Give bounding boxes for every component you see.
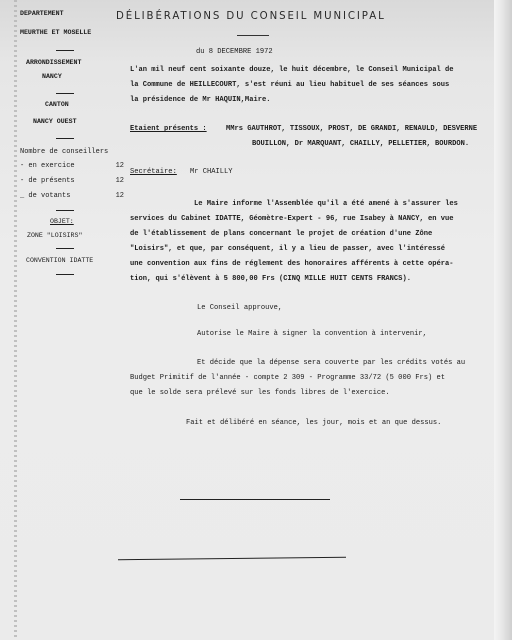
para1-line: de l'établissement de plans concernant l…: [130, 230, 432, 238]
title-rule: [237, 35, 269, 36]
page-edge-shadow: [494, 0, 512, 640]
department-value: MEURTHE ET MOSELLE: [20, 29, 91, 36]
para1-line: Le Maire informe l'Assemblée qu'il a été…: [194, 200, 458, 208]
divider: [56, 138, 74, 139]
count-value: 12: [116, 162, 124, 170]
para1-line: "Loisirs", et que, par conséquent, il y …: [130, 245, 445, 253]
count-label: _ de votants: [20, 192, 70, 200]
meeting-date: du 8 DECEMBRE 1972: [196, 48, 273, 56]
objet-value: ZONE "LOISIRS": [27, 232, 82, 239]
para1-line: une convention aux fins de réglement des…: [130, 260, 454, 268]
intro-line: L'an mil neuf cent soixante douze, le hu…: [130, 66, 454, 74]
page-title: DÉLIBÉRATIONS DU CONSEIL MUNICIPAL: [116, 11, 386, 22]
present-line: MMrs GAUTHROT, TISSOUX, PROST, DE GRANDI…: [226, 125, 477, 133]
department-label: DEPARTEMENT: [20, 10, 64, 17]
count-value: 12: [116, 177, 124, 185]
para1-line: services du Cabinet IDATTE, Géomètre-Exp…: [130, 215, 454, 223]
arrondissement-label: ARRONDISSEMENT: [26, 59, 81, 66]
authorize-text: Autorise le Maire à signer la convention…: [197, 330, 427, 338]
decide-line: Budget Primitif de l'année - compte 2 30…: [130, 374, 445, 382]
signature-line: [180, 499, 330, 500]
decide-line: que le solde sera prélevé sur les fonds …: [130, 389, 390, 397]
divider: [56, 274, 74, 275]
canton-value: NANCY OUEST: [33, 118, 77, 125]
count-label: - en exercice: [20, 162, 75, 170]
signature-line: [118, 557, 346, 561]
perforation-edge: [14, 0, 17, 640]
convention-label: CONVENTION IDATTE: [26, 257, 93, 264]
canton-label: CANTON: [45, 101, 69, 108]
divider: [56, 50, 74, 51]
para1-line: tion, qui s'élèvent à 5 800,00 Frs (CINQ…: [130, 275, 411, 283]
counts-title: Nombre de conseillers: [20, 148, 108, 156]
intro-line: la présidence de Mr HAQUIN,Maire.: [130, 96, 270, 104]
decide-line: Et décide que la dépense sera couverte p…: [197, 359, 465, 367]
present-label: Etaient présents :: [130, 125, 207, 133]
divider: [56, 210, 74, 211]
intro-line: la Commune de HEILLECOURT, s'est réuni a…: [130, 81, 449, 89]
document-page: DEPARTEMENT MEURTHE ET MOSELLE ARRONDISS…: [0, 0, 512, 640]
divider: [56, 93, 74, 94]
objet-label: OBJET:: [50, 218, 74, 225]
secretary-label: Secrétaire:: [130, 168, 177, 176]
count-row: - en exercice 12: [20, 162, 124, 170]
secretary-value: Mr CHAILLY: [190, 168, 233, 176]
approve-text: Le Conseil approuve,: [197, 304, 282, 312]
count-row: _ de votants 12: [20, 192, 124, 200]
present-line: BOUILLON, Dr MARQUANT, CHAILLY, PELLETIE…: [252, 140, 469, 148]
arrondissement-value: NANCY: [42, 73, 62, 80]
divider: [56, 248, 74, 249]
closing-text: Fait et délibéré en séance, les jour, mo…: [186, 419, 441, 427]
count-row: - de présents 12: [20, 177, 124, 185]
count-label: - de présents: [20, 177, 75, 185]
count-value: 12: [116, 192, 124, 200]
